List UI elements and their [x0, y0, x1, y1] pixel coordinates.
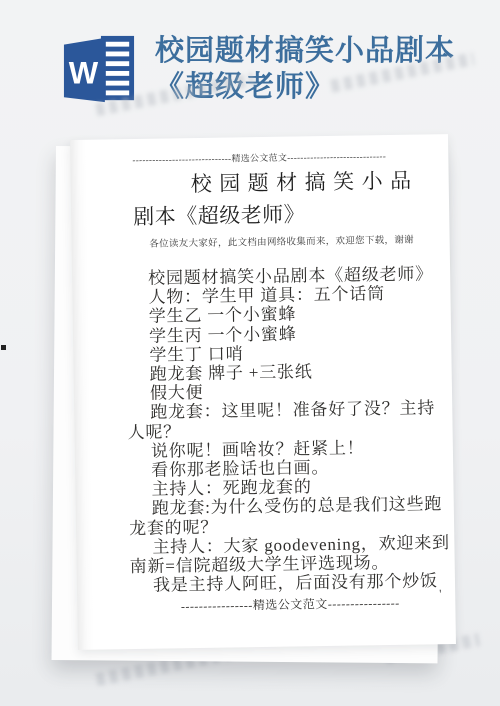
- doc-title-line2: 剧本《超级老师》: [133, 196, 433, 233]
- preview-title-line1: 校园题材搞笑小品剧本: [155, 33, 455, 69]
- svg-text:W: W: [69, 56, 99, 91]
- doc-title: 校园题材搞笑小品 剧本《超级老师》: [132, 164, 433, 233]
- doc-title-line1: 校园题材搞笑小品: [132, 164, 432, 201]
- preview-title: 校园题材搞笑小品剧本 《超级老师》: [155, 33, 455, 105]
- word-icon: W: [60, 33, 138, 107]
- document-preview: W 校园题材搞笑小品剧本 《超级老师》 --------------------…: [0, 0, 500, 706]
- script-line: 我是主持人阿旺，后面没有那个炒饭: [130, 571, 442, 595]
- page-bottom-banner: ----------------精选公文范文----------------: [130, 593, 450, 615]
- script-body: 校园题材搞笑小品剧本《超级老师》 人物：学生甲 道具：五个话筒 学生乙 一个小蜜…: [125, 264, 442, 595]
- greeting-line: 各位读友大家好，此文档由网络收集而来，欢迎您下载，谢谢: [132, 231, 432, 250]
- stray-dot: [1, 345, 6, 350]
- preview-header: W 校园题材搞笑小品剧本 《超级老师》: [60, 33, 455, 107]
- stray-mark: ': [439, 586, 442, 602]
- paper-sheet: ------------------------------精选公文范文----…: [70, 134, 456, 650]
- preview-title-line2: 《超级老师》: [155, 69, 455, 105]
